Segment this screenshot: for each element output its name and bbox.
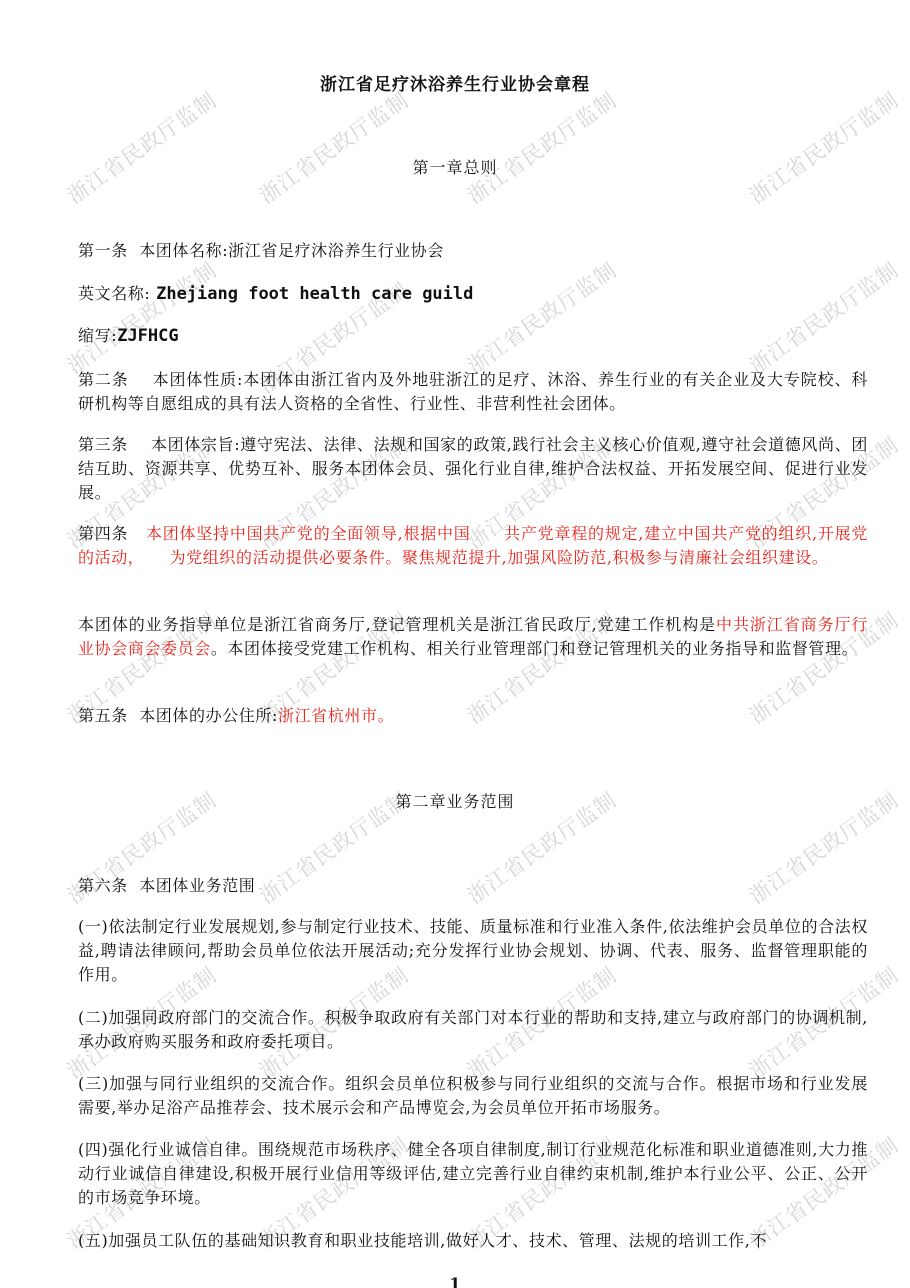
- watermark: 浙江省民政厅监制: [61, 254, 222, 380]
- article-text: 本团体性质:本团体由浙江省内及外地驻浙江的足疗、沐浴、养生行业的有关企业及大专院…: [78, 370, 868, 413]
- article-text: 本团体业务范围: [139, 876, 255, 895]
- english-name-label: 英文名称:: [78, 284, 150, 303]
- english-name-value: Zhejiang foot health care guild: [156, 284, 473, 304]
- article-2: 第二条 本团体性质:本团体由浙江省内及外地驻浙江的足疗、沐浴、养生行业的有关企业…: [78, 368, 868, 416]
- watermark: 浙江省民政厅监制: [743, 84, 904, 210]
- article-label: 第二条: [78, 370, 129, 389]
- business-item-1: (一)依法制定行业发展规划,参与制定行业技术、技能、质量标准和行业准入条件,依法…: [78, 915, 868, 987]
- article-label: 第四条: [78, 524, 128, 543]
- article-text: 本团体名称:浙江省足疗沐浴养生行业协会: [139, 241, 444, 260]
- business-item-3: (三)加强与同行业组织的交流合作。组织会员单位积极参与同行业组织的交流与合作。根…: [78, 1072, 868, 1120]
- document-page: 浙江省民政厅监制 浙江省民政厅监制 浙江省民政厅监制 浙江省民政厅监制 浙江省民…: [0, 0, 910, 1288]
- watermark: 浙江省民政厅监制: [253, 84, 414, 210]
- article-1: 第一条 本团体名称:浙江省足疗沐浴养生行业协会: [78, 239, 868, 263]
- supervision-text-end: 。本团体接受党建工作机构、相关行业管理部门和登记管理机关的业务指导和监督管理。: [211, 639, 858, 658]
- chapter-1-heading: 第一章总则: [0, 155, 910, 178]
- article-text-highlighted: 本团体坚持中国共产党的全面领导,根据中国 共产党章程的规定,建立中国共产党的组织…: [78, 524, 868, 567]
- page-number: 1: [0, 1274, 910, 1288]
- article-label: 第一条: [78, 241, 128, 260]
- abbreviation: 缩写:ZJFHCG: [78, 324, 868, 348]
- watermark: 浙江省民政厅监制: [743, 254, 904, 380]
- office-address-highlighted: 浙江省杭州市。: [278, 706, 394, 725]
- supervision-paragraph: 本团体的业务指导单位是浙江省商务厅,登记管理机关是浙江省民政厅,党建工作机构是中…: [78, 613, 868, 661]
- business-item-4: (四)强化行业诚信自律。围绕规范市场秩序、健全各项自律制度,制订行业规范化标准和…: [78, 1138, 868, 1210]
- document-title: 浙江省足疗沐浴养生行业协会章程: [0, 70, 910, 95]
- article-label: 第六条: [78, 876, 128, 895]
- watermark: 浙江省民政厅监制: [461, 84, 622, 210]
- business-item-2: (二)加强同政府部门的交流合作。积极争取政府有关部门对本行业的帮助和支持,建立与…: [78, 1006, 868, 1054]
- article-4: 第四条 本团体坚持中国共产党的全面领导,根据中国 共产党章程的规定,建立中国共产…: [78, 522, 868, 570]
- abbreviation-value: ZJFHCG: [117, 326, 178, 346]
- watermark: 浙江省民政厅监制: [461, 254, 622, 380]
- supervision-text: 本团体的业务指导单位是浙江省商务厅,登记管理机关是浙江省民政厅,党建工作机构是: [78, 615, 716, 634]
- article-6: 第六条 本团体业务范围: [78, 874, 868, 898]
- article-3: 第三条 本团体宗旨:遵守宪法、法律、法规和国家的政策,践行社会主义核心价值观,遵…: [78, 433, 868, 505]
- article-text: 本团体的办公住所:: [139, 706, 278, 725]
- business-item-5: (五)加强员工队伍的基础知识教育和职业技能培训,做好人才、技术、管理、法规的培训…: [78, 1229, 868, 1253]
- abbreviation-label: 缩写:: [78, 326, 117, 345]
- article-text: 本团体宗旨:遵守宪法、法律、法规和国家的政策,践行社会主义核心价值观,遵守社会道…: [78, 435, 868, 502]
- article-label: 第三条: [78, 435, 128, 454]
- chapter-2-heading: 第二章业务范围: [0, 789, 910, 812]
- article-5: 第五条 本团体的办公住所:浙江省杭州市。: [78, 704, 868, 728]
- english-name: 英文名称: Zhejiang foot health care guild: [78, 282, 868, 306]
- article-label: 第五条: [78, 706, 128, 725]
- watermark: 浙江省民政厅监制: [61, 84, 222, 210]
